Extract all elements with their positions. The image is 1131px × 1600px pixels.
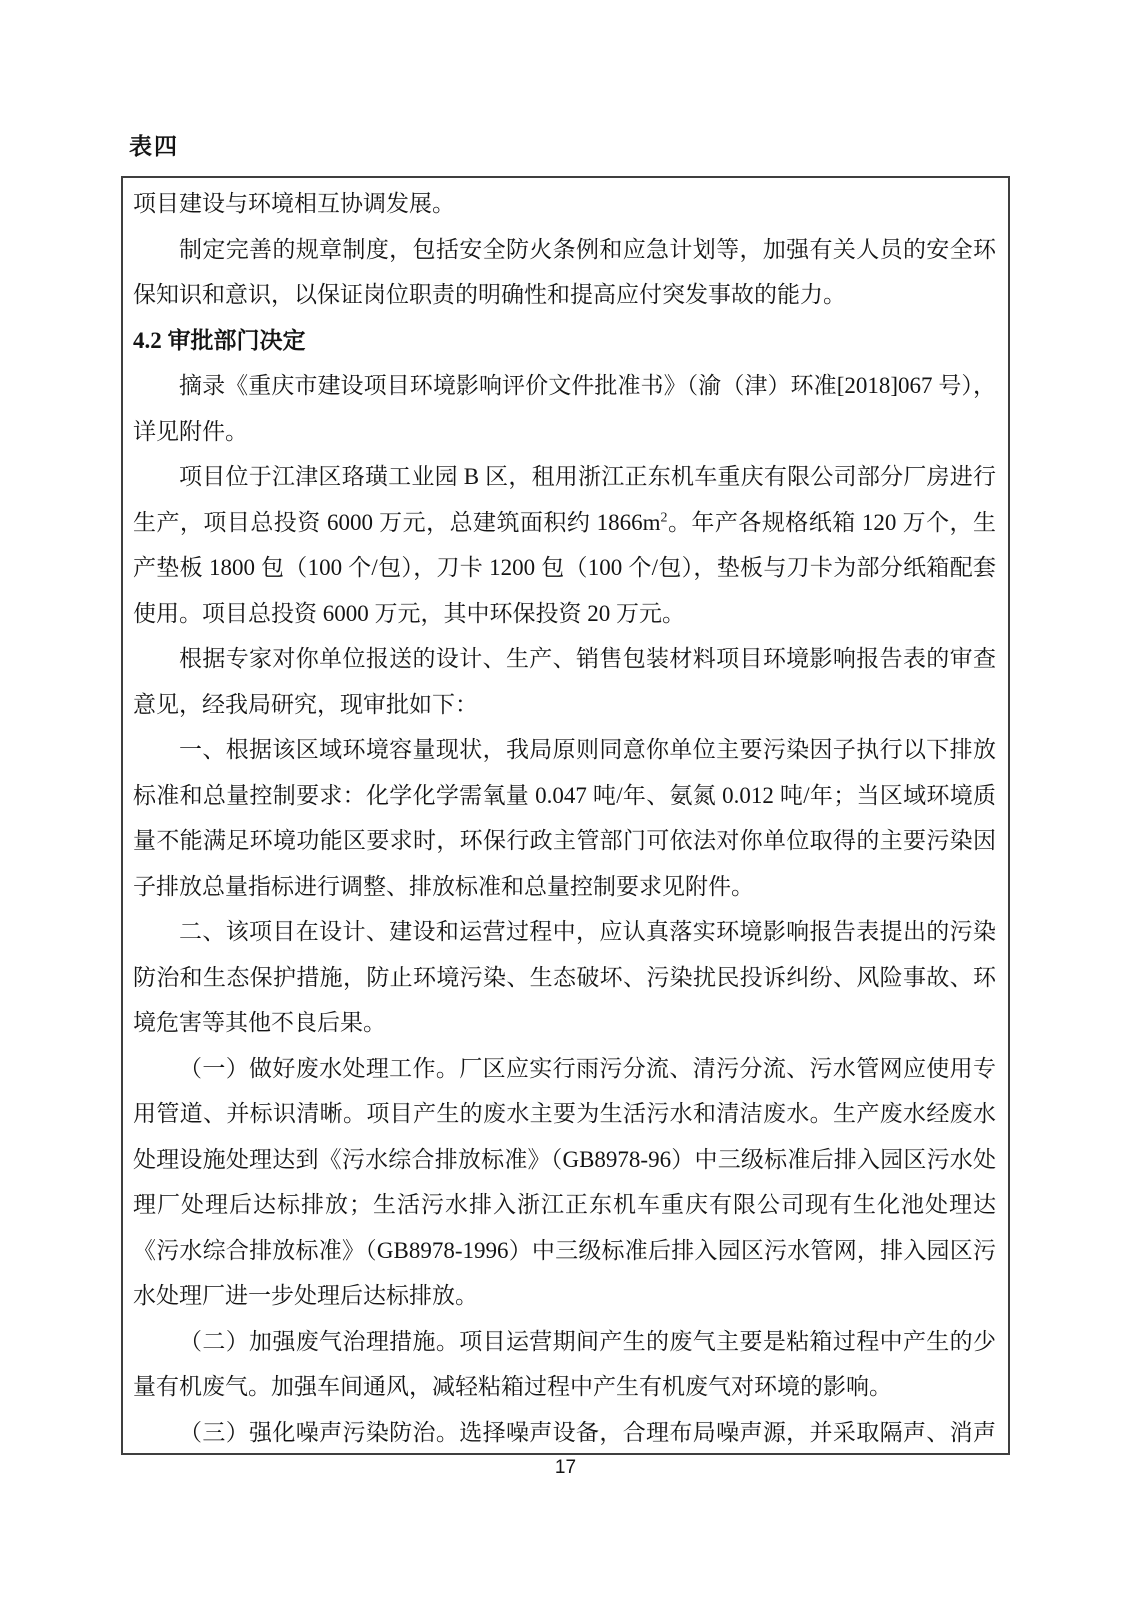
- paragraph: （一）做好废水处理工作。厂区应实行雨污分流、清污分流、污水管网应使用专用管道、并…: [133, 1046, 996, 1319]
- paragraph: （二）加强废气治理措施。项目运营期间产生的废气主要是粘箱过程中产生的少量有机废气…: [133, 1319, 996, 1410]
- paragraph: 一、根据该区域环境容量现状，我局原则同意你单位主要污染因子执行以下排放标准和总量…: [133, 727, 996, 909]
- paragraph-container: 项目建设与环境相互协调发展。制定完善的规章制度，包括安全防火条例和应急计划等，加…: [133, 181, 996, 1455]
- page-number: 17: [0, 1457, 1131, 1479]
- paragraph: 项目建设与环境相互协调发展。: [133, 181, 996, 227]
- section-heading: 4.2 审批部门决定: [133, 318, 996, 364]
- paragraph: 项目位于江津区珞璜工业园 B 区，租用浙江正东机车重庆有限公司部分厂房进行生产，…: [133, 454, 996, 636]
- paragraph: （三）强化噪声污染防治。选择噪声设备，合理布局噪声源，并采取隔声、消声等: [133, 1410, 996, 1456]
- paragraph: 根据专家对你单位报送的设计、生产、销售包装材料项目环境影响报告表的审查意见，经我…: [133, 636, 996, 727]
- content-box: 项目建设与环境相互协调发展。制定完善的规章制度，包括安全防火条例和应急计划等，加…: [121, 176, 1010, 1455]
- table-label: 表四: [129, 128, 179, 161]
- paragraph: 二、该项目在设计、建设和运营过程中，应认真落实环境影响报告表提出的污染防治和生态…: [133, 909, 996, 1046]
- paragraph: 制定完善的规章制度，包括安全防火条例和应急计划等，加强有关人员的安全环保知识和意…: [133, 227, 996, 318]
- paragraph: 摘录《重庆市建设项目环境影响评价文件批准书》（渝（津）环准[2018]067 号…: [133, 363, 996, 454]
